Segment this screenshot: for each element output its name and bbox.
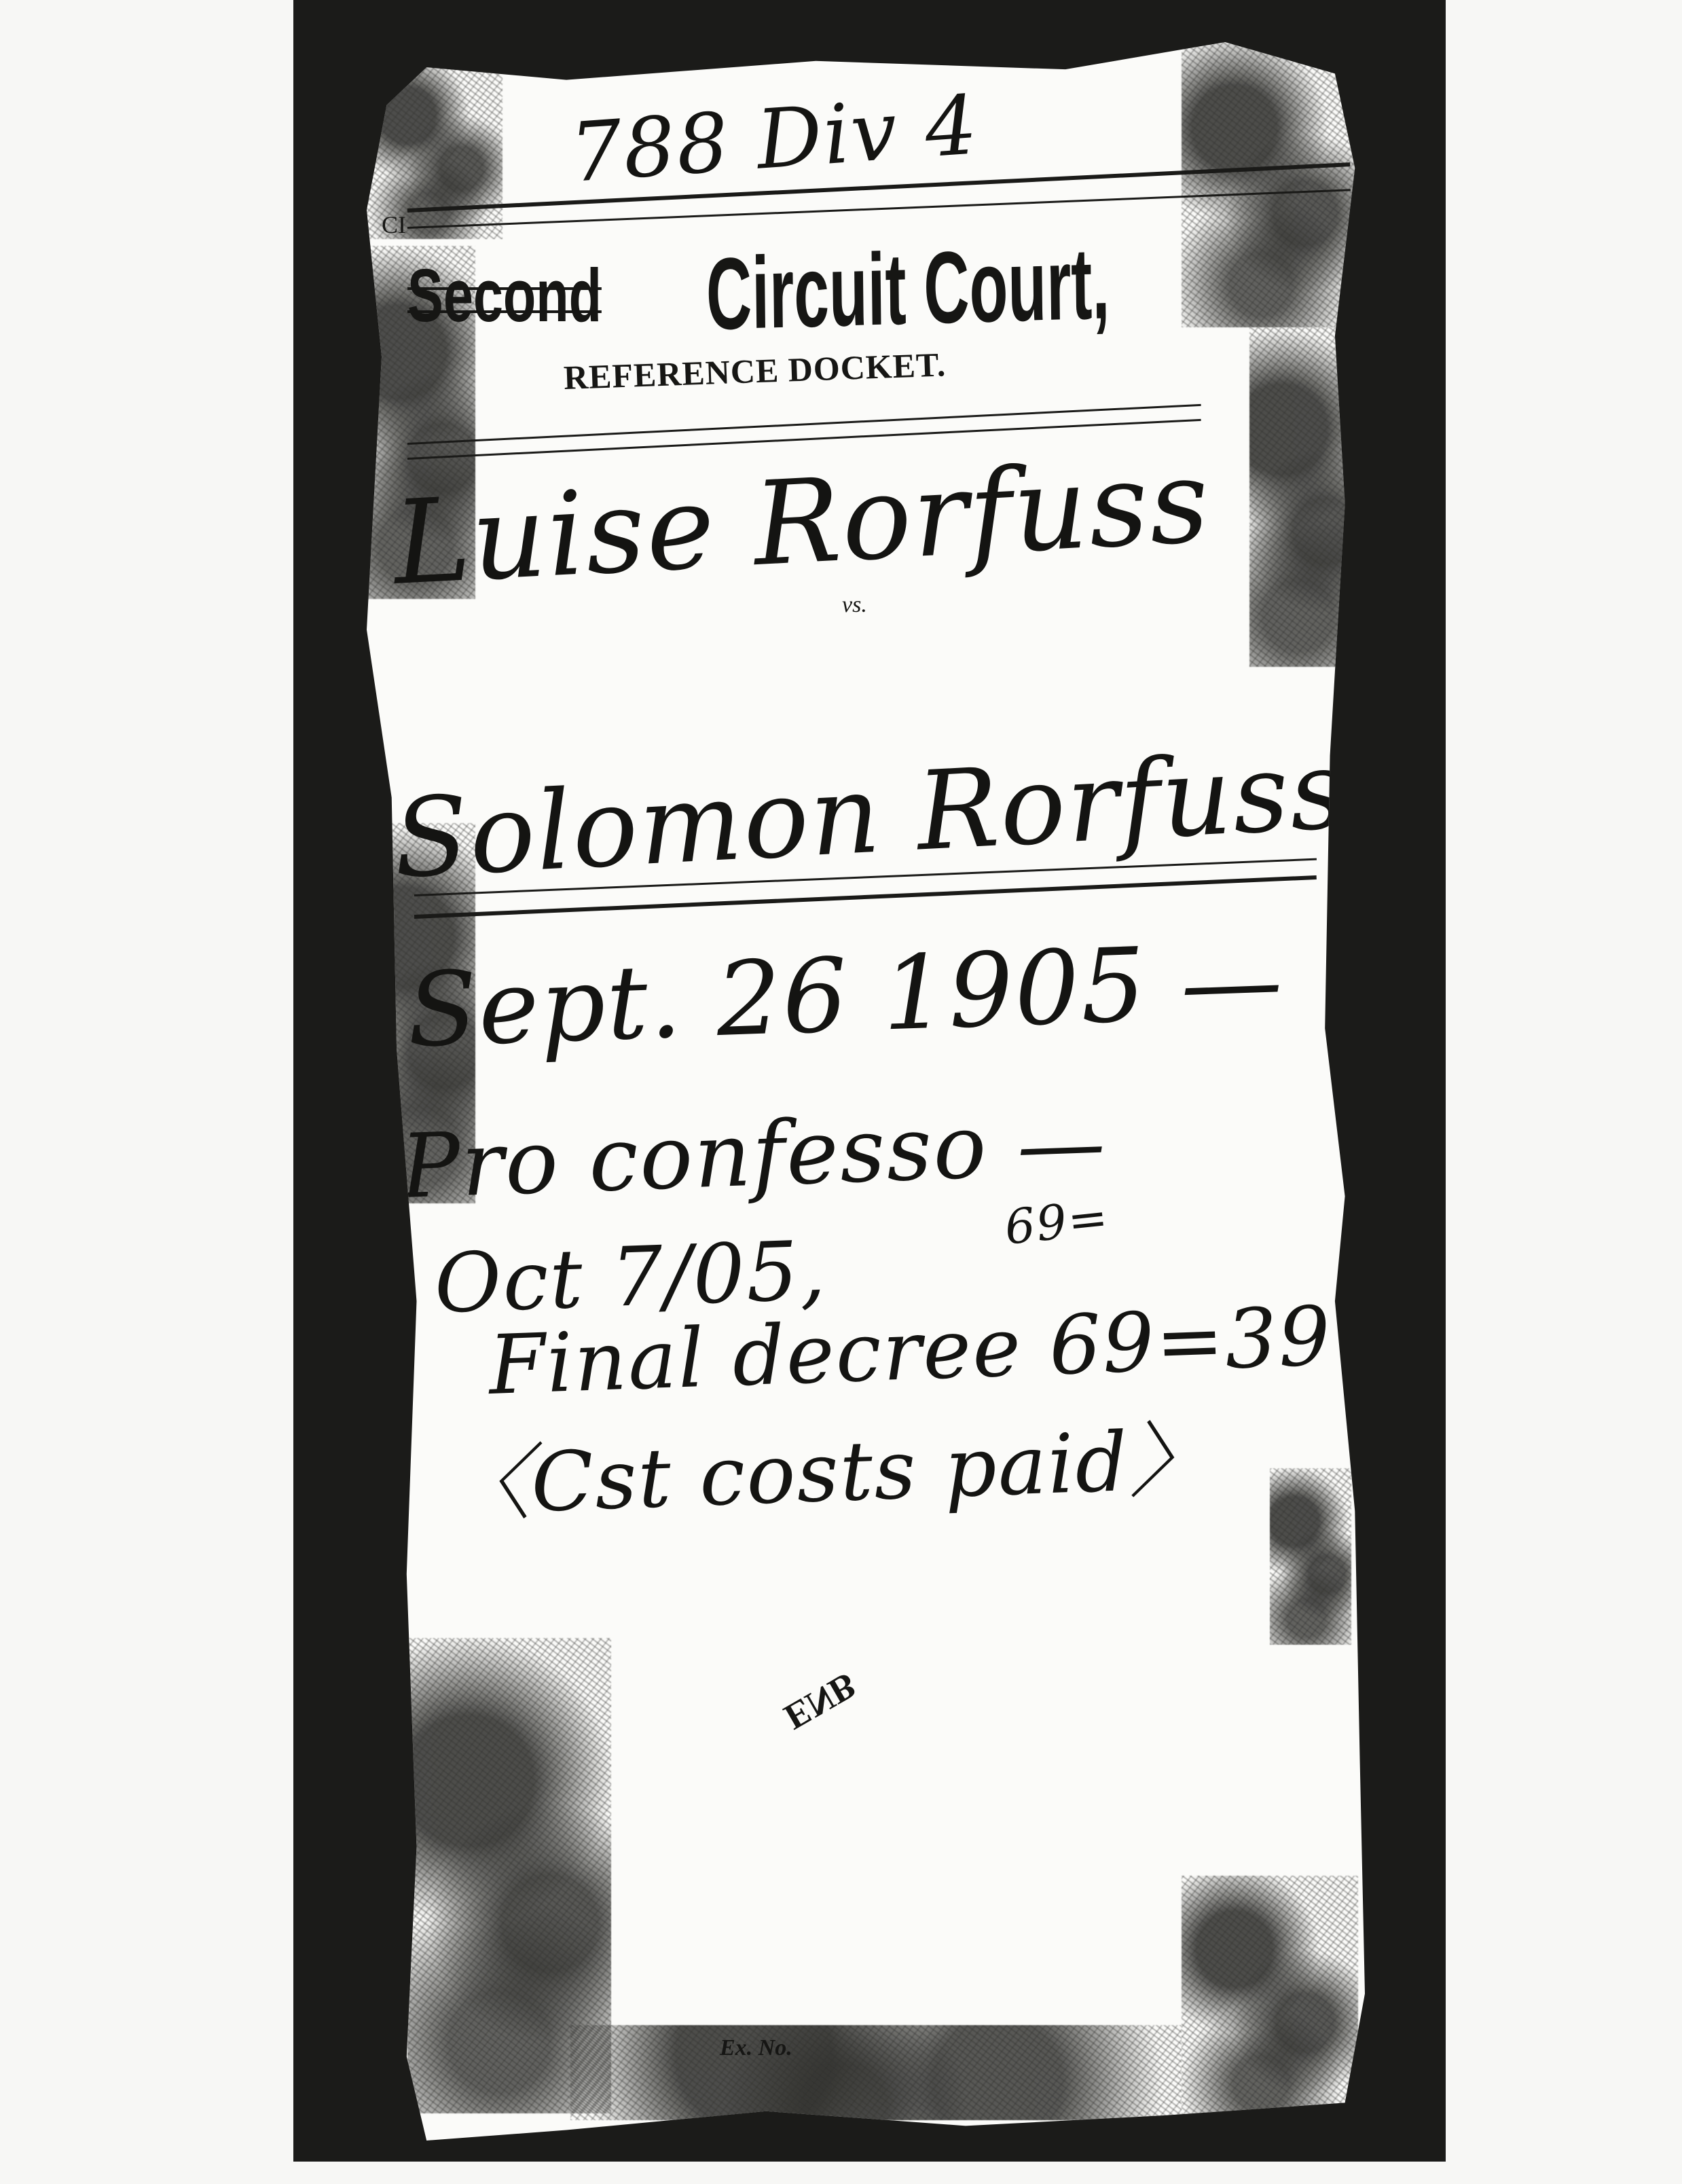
edge-wear-top-right — [1182, 42, 1358, 327]
margin-fragment: CI — [382, 211, 406, 239]
docket-subtitle: REFERENCE DOCKET. — [563, 344, 947, 397]
docket-paper: 788 Div 4 CI Second Circuit Court, REFER… — [367, 42, 1365, 2141]
court-name: Circuit Court, — [706, 224, 1110, 353]
entry-filing-date: Sept. 26 1905 — — [405, 922, 1285, 1070]
plaintiff-name: Luise Rorfuss — [390, 434, 1213, 611]
versus-label: vs. — [842, 592, 867, 618]
edge-wear-right-mid — [1270, 1468, 1351, 1645]
exhibit-number-label: Ex. No. — [720, 2035, 792, 2061]
entry-fee-note: 69= — [1002, 1189, 1112, 1256]
entry-costs-note: 〈Cst costs paid〉 — [446, 1394, 1213, 1537]
scan-page: 788 Div 4 CI Second Circuit Court, REFER… — [0, 0, 1682, 2184]
strike-through-lines — [407, 287, 602, 313]
docket-number-notation: 788 Div 4 — [567, 78, 981, 201]
entry-pro-confesso: Pro confesso — — [399, 1091, 1108, 1218]
edge-wear-bottom-right — [1182, 1876, 1358, 2120]
edge-wear-bottom-mid — [570, 2025, 1182, 2120]
initials-stamp: ENB — [778, 1664, 864, 1739]
court-prefix-struck: Second — [407, 253, 602, 339]
